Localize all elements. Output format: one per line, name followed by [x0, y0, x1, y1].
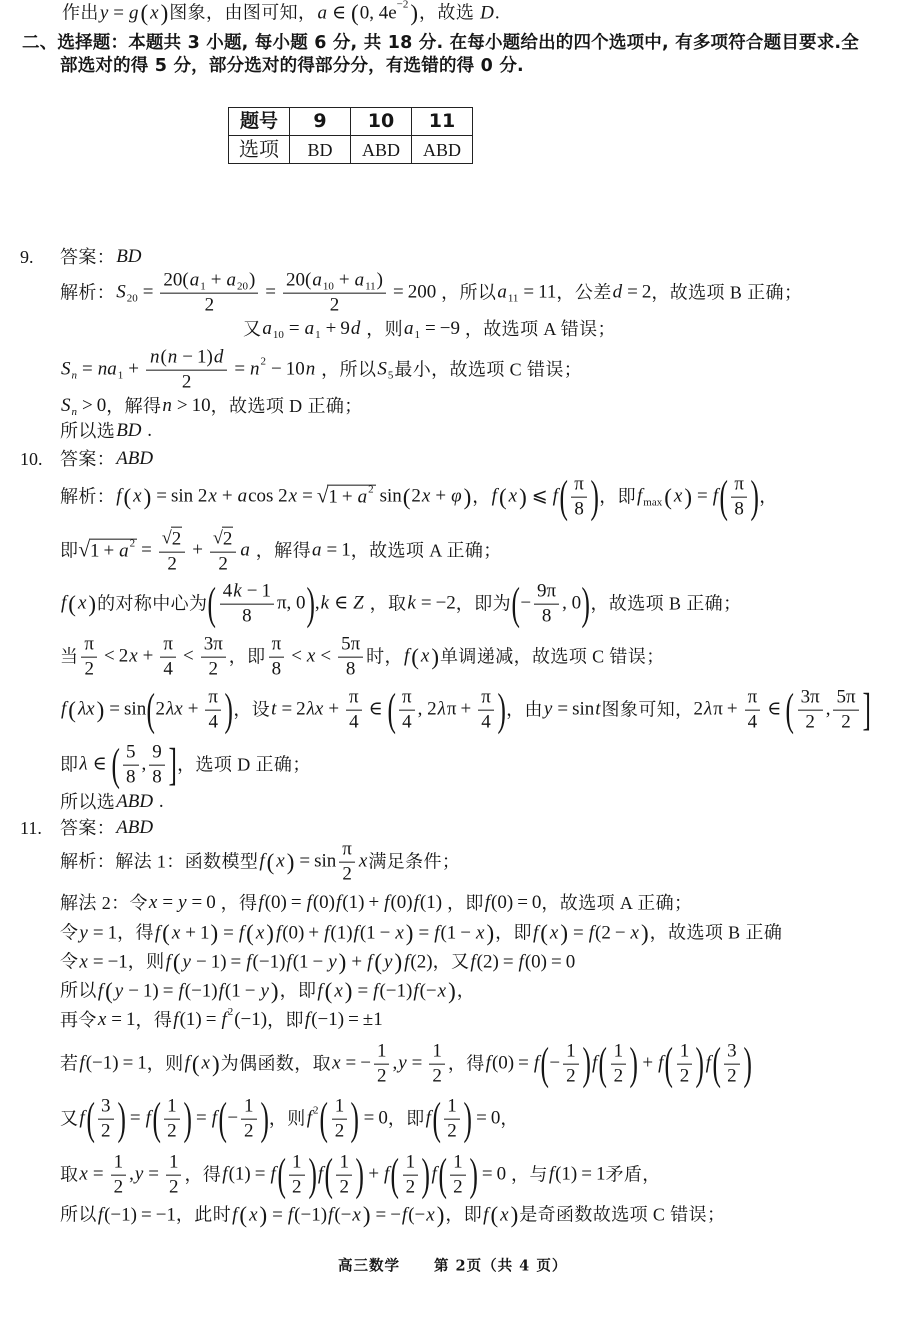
- paren: (: [663, 486, 673, 509]
- math-var: a: [403, 318, 415, 340]
- math-op: =: [126, 1108, 145, 1130]
- big-paren: ): [630, 1041, 638, 1087]
- subscript: 11: [365, 280, 377, 293]
- subscript: max: [643, 497, 663, 510]
- numerator: π: [269, 634, 285, 658]
- math-op: +: [347, 951, 366, 973]
- text: ，故选项 D 正确；: [211, 396, 363, 417]
- math-op: =: [109, 2, 128, 24]
- math-var: x: [97, 1009, 107, 1031]
- paren: ): [259, 1204, 269, 1227]
- big-paren: ): [351, 1096, 359, 1142]
- math-op: =: [188, 892, 207, 914]
- denominator: 2: [169, 1176, 179, 1199]
- math-text: 0, 4e: [360, 2, 397, 24]
- math-text: 1: [339, 1152, 349, 1174]
- math-op: =: [277, 699, 296, 721]
- text: 是奇函数故选项 C 错误；: [519, 1205, 725, 1226]
- big-paren: (: [438, 1152, 446, 1198]
- fraction: 1 2: [332, 1096, 348, 1143]
- math-text: −: [549, 1053, 560, 1075]
- math-text: , 0: [562, 593, 581, 615]
- denominator: 8: [542, 605, 552, 628]
- math-text: 2: [119, 646, 129, 668]
- math-op: +: [338, 487, 357, 509]
- math-text: π: [349, 687, 359, 709]
- math-var: x: [499, 1204, 509, 1226]
- math-op: +: [364, 892, 383, 914]
- math-text: 1: [261, 581, 271, 603]
- q10-conclusion: 所以选 ABD .: [60, 791, 164, 813]
- math-text: 2: [566, 1066, 576, 1088]
- text: ，故选项 B 正确；: [590, 594, 741, 615]
- numerator: √ 2: [159, 527, 185, 553]
- math-text: 2: [680, 1066, 690, 1088]
- denominator: 4: [481, 711, 491, 734]
- denominator: 4: [748, 711, 758, 734]
- numerator: π: [399, 687, 415, 711]
- text: ，: [759, 487, 777, 508]
- math-text: π: [447, 699, 457, 721]
- header-cell-q10: 10: [351, 108, 412, 136]
- math-op: +: [184, 699, 203, 721]
- q11-analysis-line-10: 所以 f (−1) = −1 ，此时 f ( x ) = f (−1) f (−…: [60, 1204, 725, 1227]
- math-op: =: [227, 951, 246, 973]
- math-var: D: [479, 2, 495, 24]
- text: ，又: [433, 952, 470, 973]
- math-var: y: [327, 951, 337, 973]
- math-text: 1: [137, 1053, 147, 1075]
- numerator: π: [81, 634, 97, 658]
- math-var: n: [149, 347, 161, 369]
- paren: ): [683, 486, 693, 509]
- math-var: λ: [78, 754, 88, 776]
- math-text: 1: [167, 1096, 177, 1118]
- big-paren: (: [432, 1096, 440, 1142]
- math-op: +: [364, 1164, 383, 1186]
- math-text: 1: [680, 1041, 690, 1063]
- math-text: 1: [453, 1152, 463, 1174]
- numerator: π: [731, 474, 747, 498]
- numerator: 1: [332, 1096, 348, 1120]
- math-text: 0: [497, 1164, 507, 1186]
- math-var: f: [383, 892, 390, 914]
- math-var: f: [316, 980, 323, 1002]
- math-text: 4: [163, 659, 173, 681]
- math-text: 8: [126, 767, 136, 789]
- big-paren: (: [387, 687, 395, 733]
- math-text: cos 2: [248, 486, 288, 508]
- math-op: +: [324, 699, 343, 721]
- math-text: (1: [225, 980, 241, 1002]
- text: ，得: [135, 1010, 172, 1031]
- math-text: ,: [142, 754, 147, 776]
- math-var: x: [275, 851, 285, 873]
- math-text: 1: [328, 487, 338, 509]
- header-cell-question-number: 题号: [229, 108, 290, 136]
- big-paren: (: [719, 474, 727, 520]
- math-var: f: [165, 951, 172, 973]
- math-var: f: [60, 593, 67, 615]
- math-var: k: [232, 581, 242, 603]
- q11-analysis-line-1: 解析：解法 1：函数模型 f ( x ) = sin π 2 x 满足条件；: [60, 839, 460, 886]
- big-paren: ): [183, 1096, 191, 1142]
- big-paren: (: [320, 1096, 328, 1142]
- big-paren: ): [224, 687, 232, 733]
- paren: ): [211, 1053, 221, 1076]
- big-paren: (: [325, 1152, 333, 1198]
- denominator: 2: [208, 658, 218, 681]
- big-paren: (: [218, 1096, 226, 1142]
- math-text: π: [163, 634, 173, 656]
- math-var: f: [591, 1053, 598, 1075]
- text: ，设: [233, 700, 270, 721]
- math-var: f: [220, 1009, 227, 1031]
- math-text: ±1: [363, 1009, 383, 1031]
- answer-value: ABD: [115, 448, 154, 470]
- math-var: f: [258, 851, 265, 873]
- numerator: 1: [403, 1152, 419, 1176]
- q11-analysis-line-6: 再令 x = 1 ，得 f (1) = f 2 (−1) ，即 f (−1) =…: [60, 1009, 383, 1031]
- big-paren: (: [277, 1152, 285, 1198]
- math-var: f: [78, 1053, 85, 1075]
- section-heading-line-2: 部选对的得 5 分，部分选对的得部分分，有选错的得 0 分.: [60, 56, 524, 76]
- math-text: 2: [335, 1121, 345, 1143]
- answer-table-header-row: 题号 9 10 11: [229, 108, 473, 136]
- numerator: 1: [611, 1041, 627, 1065]
- big-paren: ): [355, 1152, 363, 1198]
- math-var: f: [306, 1108, 313, 1130]
- paren: ): [518, 486, 528, 509]
- math-var: d: [213, 347, 225, 369]
- math-var: t: [270, 699, 277, 721]
- answer-cell-q10: ABD: [351, 136, 412, 164]
- math-var: a: [304, 318, 316, 340]
- denominator: 2: [339, 1176, 349, 1199]
- q10-analysis-line-6: 即 λ ∈ ( 5 8 , 9 8 ] ，选项 D 正确；: [60, 742, 311, 789]
- math-op: ∈: [328, 2, 350, 24]
- denominator: 2: [292, 1176, 302, 1199]
- math-text: 2: [182, 372, 192, 394]
- math-text: 2: [642, 282, 652, 304]
- document-page: 作出 y = g ( x ) 图象，由图可知， a ∈ ( 0, 4e −2 )…: [0, 0, 900, 1319]
- radicand: 2: [171, 527, 183, 551]
- math-op: =: [78, 359, 97, 381]
- big-paren: ): [590, 474, 598, 520]
- math-text: 1: [335, 1096, 345, 1118]
- math-op: =: [499, 951, 518, 973]
- math-text: sin 2: [171, 486, 207, 508]
- text: ，得: [184, 1165, 221, 1186]
- math-op: =: [89, 922, 108, 944]
- math-text: 4: [748, 712, 758, 734]
- math-op: −: [192, 951, 211, 973]
- math-op: =: [414, 922, 433, 944]
- math-var: f: [231, 1204, 238, 1226]
- math-text: 2: [101, 1121, 111, 1143]
- math-var: S: [115, 282, 127, 304]
- text: ，所以: [316, 360, 376, 381]
- paren: (: [245, 922, 255, 945]
- math-var: y: [177, 892, 187, 914]
- math-op: =: [478, 1164, 497, 1186]
- math-op: −: [241, 980, 260, 1002]
- subscript: 20: [127, 293, 139, 306]
- math-op: +: [431, 486, 450, 508]
- math-text: 1: [114, 1152, 124, 1174]
- answer-value: BD: [115, 246, 142, 268]
- math-var: x: [77, 593, 87, 615]
- text: ，选项 D 正确；: [177, 755, 311, 776]
- answer-cell-q11: ABD: [412, 136, 473, 164]
- paren: ): [87, 593, 97, 616]
- text: 图象可知，: [602, 700, 694, 721]
- math-var: f: [430, 1164, 437, 1186]
- math-var: f: [412, 980, 419, 1002]
- fraction: π 4: [399, 687, 415, 734]
- math-text: (1): [229, 1164, 251, 1186]
- fraction: 1 2: [374, 1041, 390, 1088]
- math-var: x: [201, 1053, 211, 1075]
- big-paren: (: [86, 1096, 94, 1142]
- math-text: 2: [292, 1177, 302, 1199]
- subscript: 1: [315, 329, 322, 342]
- math-var: f: [269, 1164, 276, 1186]
- answer-table-answer-row: 选项 BD ABD ABD: [229, 136, 473, 164]
- text: ，解得: [106, 396, 161, 417]
- math-text: (−1): [185, 980, 218, 1002]
- answer-label: 答案：: [60, 247, 115, 268]
- text: 时，: [366, 647, 403, 668]
- math-var: x: [306, 646, 316, 668]
- math-var: x: [425, 1204, 435, 1226]
- math-text: −: [520, 593, 531, 615]
- big-paren: ): [308, 1152, 316, 1198]
- math-var: x: [128, 646, 138, 668]
- question-number: 11.: [20, 818, 60, 839]
- math-op: +: [322, 318, 341, 340]
- math-text: 2: [805, 712, 815, 734]
- fraction: π 8: [269, 634, 285, 681]
- math-var: f: [306, 892, 313, 914]
- math-var: f: [172, 1009, 179, 1031]
- math-var: x: [248, 1204, 258, 1226]
- math-text: 2: [614, 1066, 624, 1088]
- math-text: (1): [420, 892, 442, 914]
- fraction: π 2: [339, 839, 355, 886]
- math-text: (−1): [311, 1009, 344, 1031]
- denominator: 8: [346, 658, 356, 681]
- text: 取: [60, 1165, 78, 1186]
- math-var: f: [97, 980, 104, 1002]
- big-paren: ): [422, 1152, 430, 1198]
- q9-conclusion: 所以选 BD .: [60, 420, 152, 442]
- text: 所以: [60, 1205, 97, 1226]
- math-op: +: [456, 699, 475, 721]
- subscript: n: [72, 406, 79, 419]
- math-text: 1: [126, 1009, 136, 1031]
- math-text: 2: [432, 1066, 442, 1088]
- math-op: =: [295, 851, 314, 873]
- fraction: 1 2: [677, 1041, 693, 1088]
- math-var: a: [354, 270, 366, 292]
- q11-analysis-line-8: 又 f ( 3 2 ) = f ( 1 2 ) = f ( − 1 2 ) ，则…: [60, 1096, 519, 1143]
- math-var: a: [357, 487, 369, 509]
- numerator: π: [478, 687, 494, 711]
- math-var: f: [413, 892, 420, 914]
- math-text: 1: [108, 922, 118, 944]
- math-var: x: [421, 486, 431, 508]
- math-op: =: [152, 486, 171, 508]
- text: ，故选项 A 正确；: [541, 893, 692, 914]
- math-op: =: [230, 359, 249, 381]
- text: 解法 2：令: [60, 893, 148, 914]
- math-op: <: [179, 646, 198, 668]
- text: ，公差: [556, 283, 611, 304]
- math-var: x: [78, 951, 88, 973]
- paren: ): [338, 951, 348, 974]
- numerator: 1: [444, 1096, 460, 1120]
- math-text: −1: [108, 951, 128, 973]
- big-paren: ): [306, 581, 314, 627]
- fraction: π 4: [160, 634, 176, 681]
- math-var: f: [211, 1108, 218, 1130]
- math-text: 0: [532, 892, 542, 914]
- subscript: 1: [118, 370, 125, 383]
- text: 解析：解法 1：函数模型: [60, 852, 258, 873]
- denominator: 2: [680, 1065, 690, 1088]
- numerator: 9π: [534, 581, 559, 605]
- math-text: 8: [272, 659, 282, 681]
- math-text: 2: [411, 486, 421, 508]
- q9-analysis-line-1: 解析： S 20 = 20( a 1 + a 20 ) 2 = 20( a 10: [60, 270, 802, 317]
- paren: ): [485, 922, 495, 945]
- math-text: 2: [447, 1121, 457, 1143]
- sqrt-sign: √: [317, 486, 329, 507]
- math-op: =: [158, 892, 177, 914]
- math-var: f: [433, 922, 440, 944]
- fraction: √ 2 2: [210, 527, 236, 576]
- math-text: −2: [436, 593, 456, 615]
- math-var: d: [350, 318, 362, 340]
- math-text: 9: [152, 742, 162, 764]
- math-text: 2: [694, 699, 704, 721]
- math-var: n: [161, 395, 173, 417]
- paren: (: [410, 646, 420, 669]
- math-op: −: [124, 980, 143, 1002]
- math-op: =: [514, 1053, 533, 1075]
- big-paren: (: [786, 687, 794, 733]
- big-paren: (: [599, 1041, 607, 1087]
- text: ，即: [267, 1010, 304, 1031]
- numerator: 1: [450, 1152, 466, 1176]
- math-var: x: [475, 922, 485, 944]
- math-var: x: [508, 486, 518, 508]
- math-text: (0): [265, 892, 287, 914]
- math-op: ∈: [89, 754, 111, 776]
- math-var: S: [376, 359, 388, 381]
- math-op: ∈: [763, 699, 785, 721]
- math-var: x: [288, 486, 298, 508]
- math-var: f: [533, 1053, 540, 1075]
- text: 令: [60, 923, 78, 944]
- math-text: 2: [453, 1177, 463, 1199]
- q9-analysis-line-2: 又 a 10 = a 1 + 9 d ，则 a 1 = −9 ，故选项 A 错误…: [243, 318, 616, 340]
- math-var: f: [145, 1108, 152, 1130]
- header-cell-q11: 11: [412, 108, 473, 136]
- numerator: 1: [374, 1041, 390, 1065]
- text: ，得: [448, 1054, 485, 1075]
- math-text: 2: [377, 1066, 387, 1088]
- math-var: n: [249, 359, 261, 381]
- math-op: =: [421, 318, 440, 340]
- text: 为偶函数，取: [221, 1054, 331, 1075]
- math-op: −: [243, 581, 262, 603]
- q11-analysis-line-5: 所以 f ( y − 1) = f (−1) f (1 − y ) ，即 f (…: [60, 980, 475, 1003]
- math-var: y: [78, 922, 88, 944]
- paren: ): [559, 922, 569, 945]
- paren: (: [139, 2, 149, 25]
- text: ，故选项 B 正确: [650, 923, 783, 944]
- math-op: =: [137, 540, 156, 562]
- paren: ): [510, 1204, 520, 1227]
- denominator: 2: [614, 1065, 624, 1088]
- math-var: f: [712, 486, 719, 508]
- text: ，则: [147, 1054, 184, 1075]
- math-text: 5π: [836, 687, 855, 709]
- math-var: x: [331, 1053, 341, 1075]
- math-var: k: [406, 593, 416, 615]
- math-text: 2: [727, 1066, 737, 1088]
- big-paren: ): [260, 1096, 268, 1142]
- math-text: 0: [206, 892, 216, 914]
- math-text: 1: [169, 1152, 179, 1174]
- math-text: (1: [440, 922, 456, 944]
- math-text: (−1): [253, 951, 286, 973]
- math-text: (1: [360, 922, 376, 944]
- math-text: 4: [481, 712, 491, 734]
- denominator: 2: [566, 1065, 576, 1088]
- math-text: 2: [172, 529, 182, 551]
- superscript: 2: [368, 484, 375, 497]
- superscript: 2: [261, 356, 268, 369]
- paren: (: [161, 922, 171, 945]
- radicand: 1 + a 2: [89, 539, 137, 563]
- footer-subject: 高三数学: [338, 1255, 400, 1276]
- big-paren: ): [582, 581, 590, 627]
- math-var: f: [482, 1204, 489, 1226]
- text: ，即: [442, 893, 484, 914]
- fraction: π 2: [81, 634, 97, 681]
- fraction: 4 k − 1 8: [220, 581, 274, 628]
- math-var: f: [403, 646, 410, 668]
- text: ，所以: [436, 283, 496, 304]
- math-var: f: [245, 951, 252, 973]
- math-var: x: [549, 922, 559, 944]
- math-text: 200: [408, 282, 437, 304]
- numerator: 3π: [798, 687, 823, 711]
- paren: (: [350, 2, 360, 25]
- q11-analysis-line-2: 解法 2：令 x = y = 0 ，得 f (0) = f (0) f (1) …: [60, 892, 692, 914]
- math-var: y: [99, 2, 109, 24]
- math-text: 8: [346, 659, 356, 681]
- math-var: x: [171, 922, 181, 944]
- paren: (: [67, 699, 77, 722]
- text: ，得: [117, 923, 154, 944]
- subscript: 1: [200, 280, 207, 293]
- math-op: +: [139, 646, 158, 668]
- math-text: (−1): [294, 1204, 327, 1226]
